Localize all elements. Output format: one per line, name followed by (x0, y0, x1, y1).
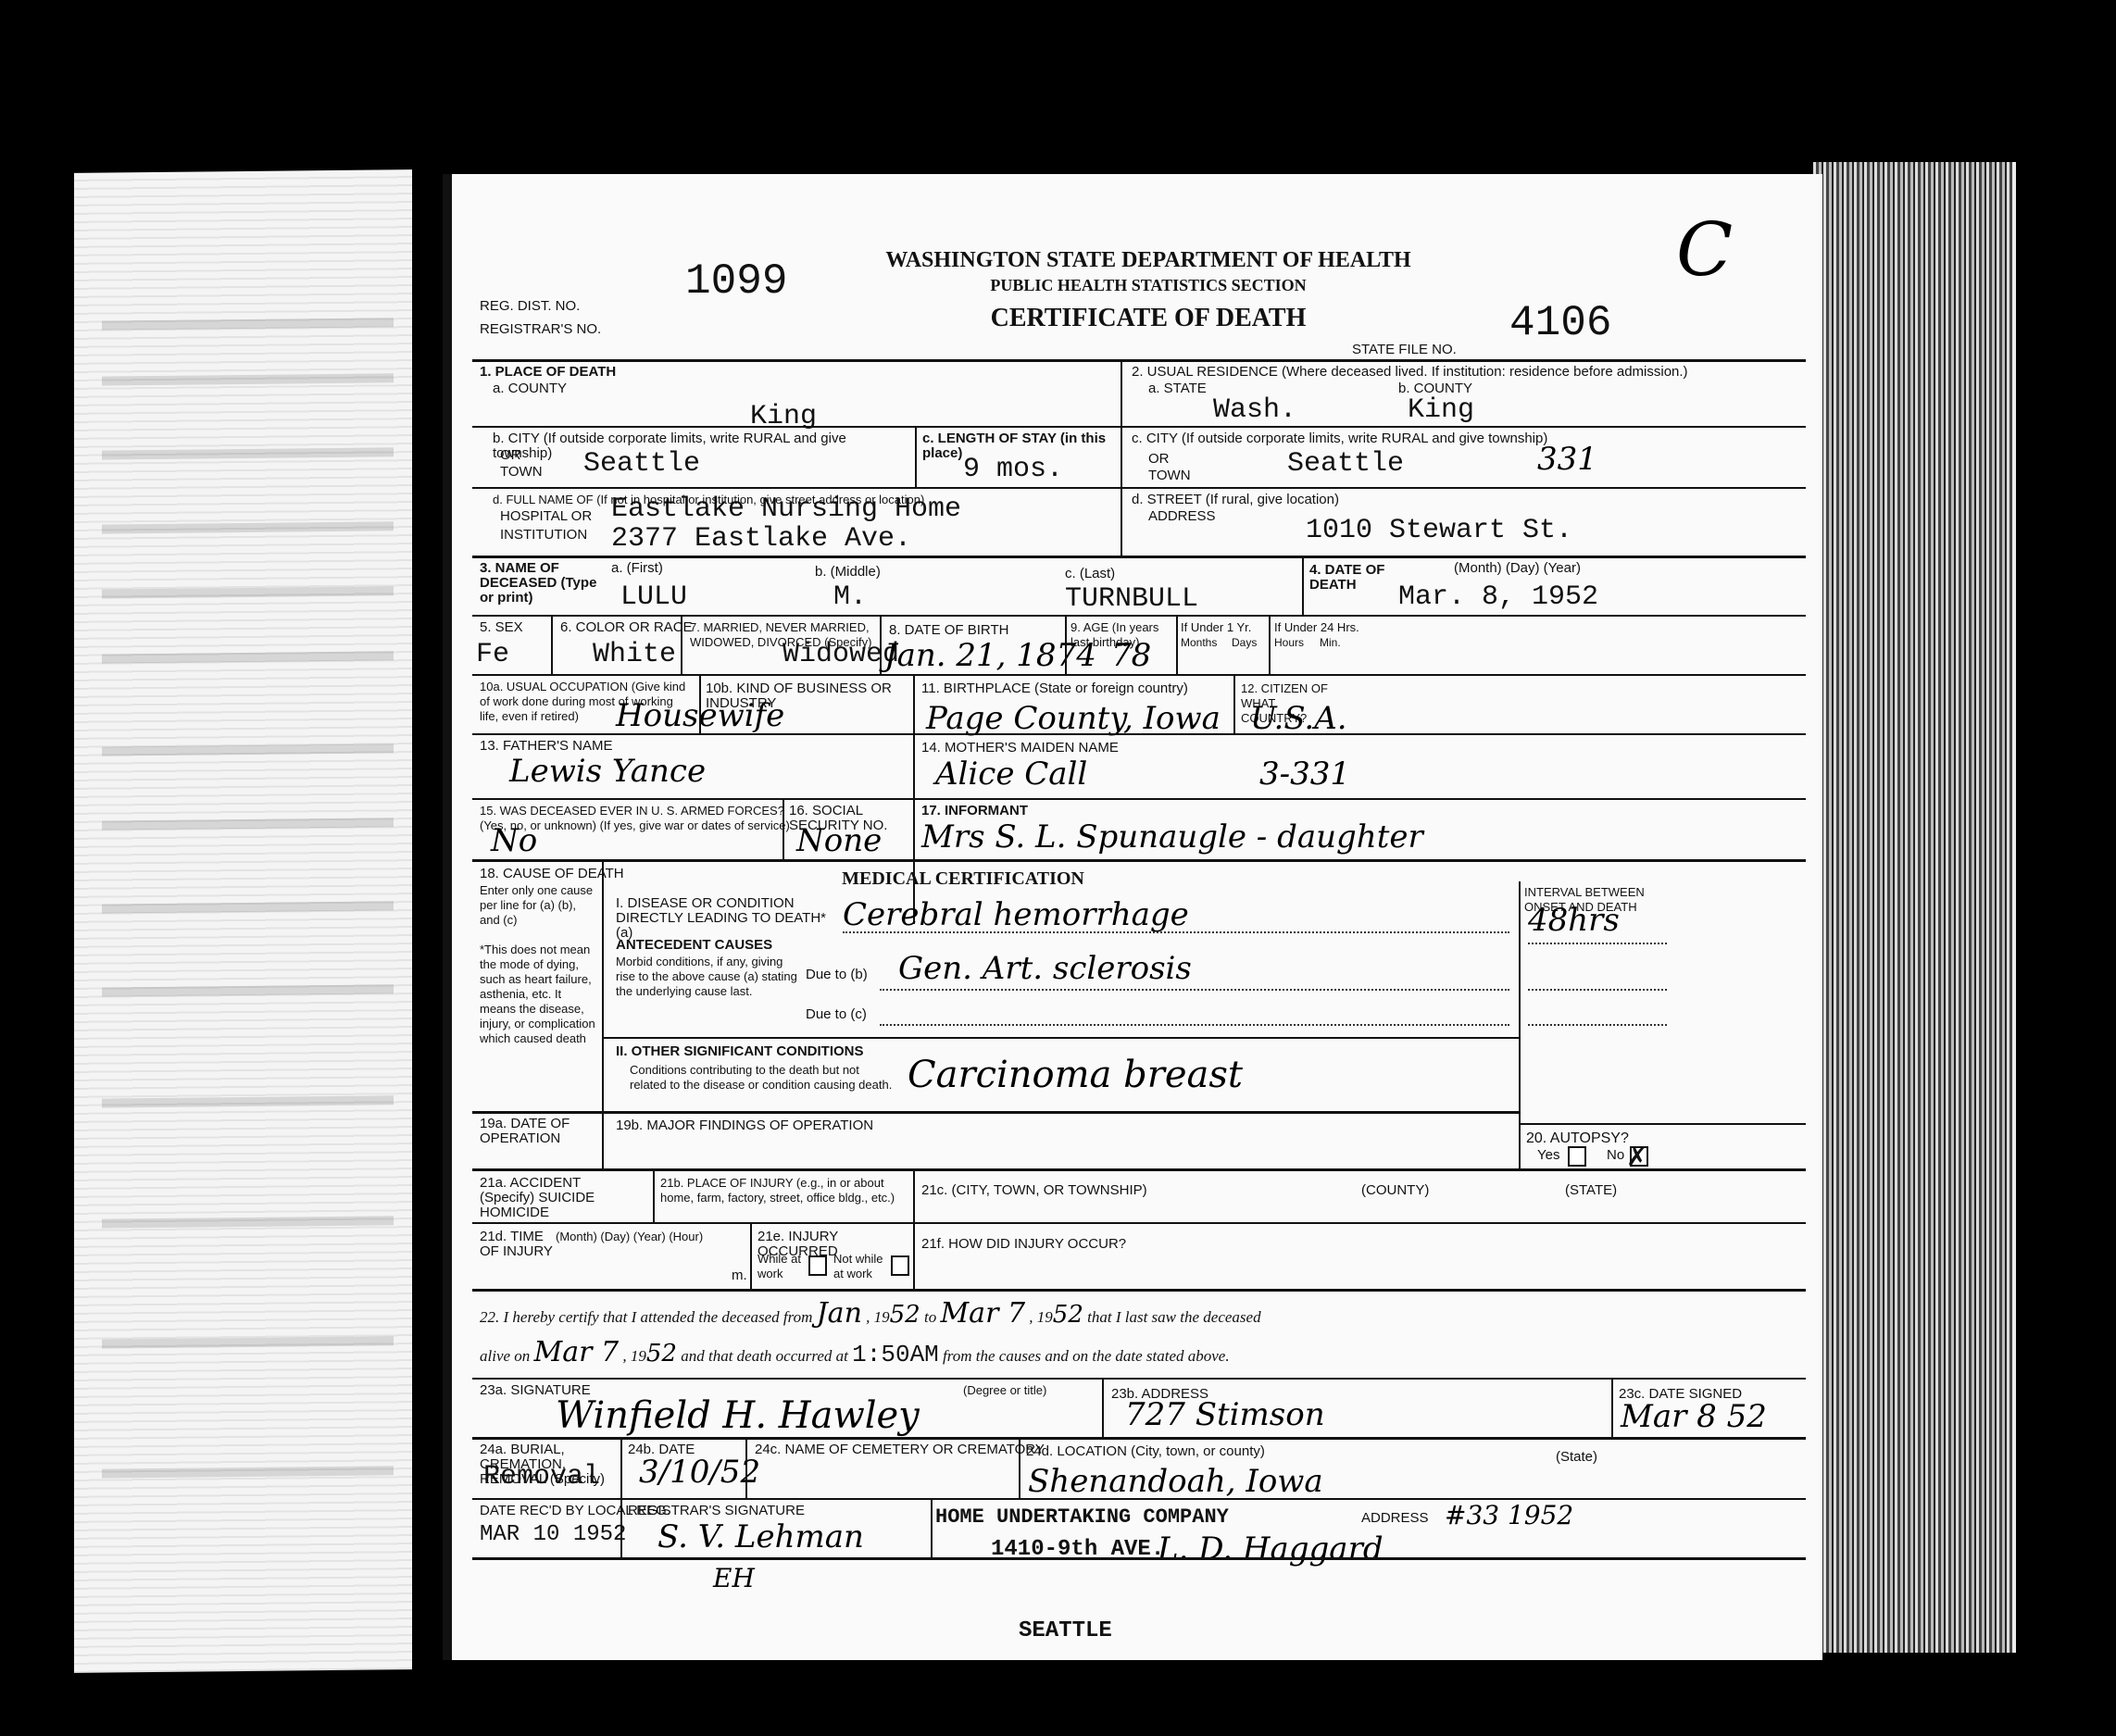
medical-certification-title: MEDICAL CERTIFICATION (769, 868, 1158, 890)
cert-to-label: to (924, 1308, 936, 1326)
funeral-director-signature: L. D. Haggard (1158, 1530, 1384, 1567)
due-to-c-label: Due to (c) (806, 1007, 867, 1022)
cert-to-date: Mar 7 (940, 1297, 1025, 1330)
res-or-label: OR (1148, 452, 1170, 467)
injury-city-label: 21c. (CITY, TOWN, OR TOWNSHIP) (921, 1183, 1147, 1198)
registrar-signature: S. V. Lehman (657, 1518, 864, 1555)
sex-label: 5. SEX (480, 620, 523, 635)
race-label: 6. COLOR OR RACE (560, 620, 693, 635)
burial-location-label: 24d. LOCATION (City, town, or county) (1026, 1444, 1265, 1459)
cert-alive-label: alive on (480, 1347, 530, 1365)
res-city: Seattle (1287, 448, 1404, 480)
facing-page (74, 169, 412, 1673)
town-label: TOWN (500, 465, 543, 480)
burial-date: 3/10/52 (639, 1454, 760, 1491)
middle-name: M. (833, 581, 867, 613)
county-label: a. COUNTY (493, 381, 567, 396)
operation-date-label: 19a. DATE OF OPERATION (480, 1117, 595, 1146)
not-at-work-label: Not while at work (833, 1252, 889, 1281)
injury-time-cols: (Month) (Day) (Year) (Hour) (556, 1230, 703, 1244)
cause-of-death-label: 18. CAUSE OF DEATH (480, 867, 624, 881)
burial-state-label: (State) (1556, 1450, 1597, 1465)
cert-line1-pre: 22. I hereby certify that I attended the… (480, 1308, 812, 1326)
autopsy-yes-label: Yes (1537, 1148, 1559, 1163)
cert-line2-post: from the causes and on the date stated a… (943, 1347, 1230, 1365)
hospital-or-label: HOSPITAL OR (500, 509, 592, 524)
cause-instructions: Enter only one cause per line for (a) (b… (480, 883, 598, 928)
res-street: 1010 Stewart St. (1306, 515, 1572, 546)
name-label: 3. NAME OF DECEASED (Type or print) (480, 561, 600, 606)
other-conditions-text: Conditions contributing to the death but… (630, 1063, 898, 1093)
state-file-label: STATE FILE NO. (1352, 343, 1457, 357)
place-of-death-label: 1. PLACE OF DEATH (480, 365, 616, 380)
race: White (593, 639, 676, 670)
cert-alive-year: 52 (646, 1340, 677, 1368)
disease-label: I. DISEASE OR CONDITION DIRECTLY LEADING… (616, 896, 829, 941)
antecedent-label: ANTECEDENT CAUSES (616, 938, 772, 953)
res-town-label: TOWN (1148, 468, 1191, 483)
cert-line1-post: that I last saw the deceased (1087, 1308, 1260, 1326)
funeral-city: SEATTLE (1019, 1618, 1112, 1643)
death-certificate: C WASHINGTON STATE DEPARTMENT OF HEALTH … (443, 174, 1822, 1660)
physician-signature: Winfield H. Hawley (556, 1394, 920, 1437)
place-of-injury-label: 21b. PLACE OF INJURY (e.g., in or about … (660, 1176, 901, 1205)
days-label: Days (1232, 635, 1257, 650)
dob-label: 8. DATE OF BIRTH (889, 623, 1008, 638)
accident-label: 21a. ACCIDENT (Specify) SUICIDE HOMICIDE (480, 1176, 609, 1220)
date-of-death-label: 4. DATE OF DEATH (1309, 563, 1393, 593)
antecedent-text: Morbid conditions, if any, giving rise t… (616, 955, 801, 999)
father-name: Lewis Yance (509, 753, 706, 790)
injury-time-m: m. (732, 1268, 747, 1283)
cause-note: *This does not mean the mode of dying, s… (480, 943, 598, 1046)
funeral-note: #33 1952 (1445, 1500, 1573, 1530)
due-to-b-label: Due to (b) (806, 968, 868, 982)
under-24hrs-label: If Under 24 Hrs. (1274, 620, 1359, 635)
res-street-label: d. STREET (If rural, give location) (1132, 493, 1339, 507)
registrar-no-label: REGISTRAR'S NO. (480, 322, 601, 337)
first-name-label: a. (First) (611, 561, 663, 576)
interval-a: 48hrs (1528, 902, 1620, 939)
date-received: MAR 10 1952 (480, 1522, 626, 1547)
cause-b: Gen. Art. sclerosis (898, 950, 1192, 987)
institution-label: INSTITUTION (500, 528, 587, 543)
citizenship: U.S.A. (1250, 700, 1347, 737)
cert-time: 1:50AM (852, 1341, 939, 1368)
res-city-note: 331 (1537, 441, 1597, 478)
autopsy-yes-checkbox[interactable] (1568, 1146, 1586, 1167)
date-cols-label: (Month) (Day) (Year) (1454, 561, 1581, 576)
last-name: TURNBULL (1065, 583, 1198, 615)
other-conditions-label: II. OTHER SIGNIFICANT CONDITIONS (616, 1044, 864, 1059)
marital-status: Widowed (783, 639, 899, 670)
min-label: Min. (1320, 635, 1341, 650)
hospital-name: Eastlake Nursing Home (611, 493, 961, 525)
section-title: PUBLIC HEALTH STATISTICS SECTION (824, 276, 1472, 295)
ssn: None (796, 822, 882, 859)
cause-a: Cerebral hemorrhage (843, 896, 1189, 933)
or-label: OR (500, 448, 521, 463)
not-at-work-checkbox[interactable] (891, 1255, 909, 1276)
res-state: Wash. (1213, 394, 1296, 426)
funeral-company: HOME UNDERTAKING COMPANY (935, 1505, 1229, 1529)
cemetery-label: 24c. NAME OF CEMETERY OR CREMATORY (755, 1443, 1045, 1457)
date-of-death: Mar. 8, 1952 (1398, 581, 1598, 613)
under-1yr-label: If Under 1 Yr. (1181, 620, 1251, 635)
res-address-label: ADDRESS (1148, 509, 1216, 524)
injury-time-label: 21d. TIME OF INJURY (480, 1230, 554, 1259)
cert-occurred-label: and that death occurred at (681, 1347, 848, 1365)
other-conditions: Carcinoma breast (908, 1054, 1243, 1096)
autopsy-no-checked-icon: ✗ (1626, 1144, 1647, 1170)
operation-findings-label: 19b. MAJOR FINDINGS OF OPERATION (616, 1118, 873, 1133)
cert-from-year: 52 (890, 1301, 920, 1329)
res-state-label: a. STATE (1148, 381, 1207, 396)
last-name-label: c. (Last) (1065, 567, 1115, 581)
certificate-form: C WASHINGTON STATE DEPARTMENT OF HEALTH … (472, 174, 1806, 1660)
mother-maiden-name: Alice Call (935, 756, 1087, 793)
age: 78 (1111, 637, 1151, 674)
length-of-stay: 9 mos. (963, 454, 1063, 485)
how-injury-label: 21f. HOW DID INJURY OCCUR? (921, 1237, 1126, 1252)
page-stack-edge (1813, 162, 2016, 1653)
injury-county-label: (COUNTY) (1361, 1183, 1429, 1198)
informant: Mrs S. L. Spunaugle - daughter (921, 818, 1423, 856)
hours-label: Hours (1274, 635, 1304, 650)
cert-from-year-pre: 19 (874, 1308, 890, 1326)
date-signed: Mar 8 52 (1621, 1398, 1767, 1435)
res-county: King (1408, 394, 1474, 426)
page-title: CERTIFICATE OF DEATH (824, 304, 1472, 333)
burial-location: Shenandoah, Iowa (1028, 1463, 1323, 1500)
department-title: WASHINGTON STATE DEPARTMENT OF HEALTH (824, 248, 1472, 273)
at-work-label: While at work (758, 1252, 804, 1281)
injury-state-label: (STATE) (1565, 1183, 1617, 1198)
death-city: Seattle (583, 448, 700, 480)
at-work-checkbox[interactable] (808, 1255, 827, 1276)
reg-dist-label: REG. DIST. NO. (480, 299, 580, 314)
middle-name-label: b. (Middle) (815, 565, 881, 580)
usual-residence-label: 2. USUAL RESIDENCE (Where deceased lived… (1132, 365, 1803, 380)
cert-alive-date: Mar 7 (534, 1336, 620, 1368)
cert-to-year: 52 (1053, 1301, 1083, 1329)
funeral-address-label: ADDRESS (1361, 1511, 1429, 1526)
birthplace-label: 11. BIRTHPLACE (State or foreign country… (921, 681, 1188, 696)
cert-from-month: Jan (817, 1297, 862, 1330)
autopsy-label: 20. AUTOPSY? (1526, 1131, 1629, 1146)
informant-label: 17. INFORMANT (921, 804, 1028, 818)
mother-label: 14. MOTHER'S MAIDEN NAME (921, 741, 1119, 756)
first-name: LULU (620, 581, 687, 613)
father-label: 13. FATHER'S NAME (480, 739, 612, 754)
burial-type: Removal (483, 1461, 600, 1492)
autopsy-no-label: No (1607, 1148, 1624, 1163)
hospital-address: 2377 Eastlake Ave. (611, 523, 911, 555)
certification-statement: 22. I hereby certify that I attended the… (480, 1296, 1804, 1374)
months-label: Months (1181, 635, 1217, 650)
reg-dist-value: 1099 (685, 257, 787, 306)
mother-note: 3-331 (1259, 756, 1350, 793)
birthplace: Page County, Iowa (926, 700, 1221, 737)
physician-address: 727 Stimson (1125, 1396, 1325, 1433)
corner-mark: C (1676, 206, 1733, 293)
state-file-value: 4106 (1509, 299, 1611, 347)
degree-label: (Degree or title) (963, 1383, 1046, 1398)
sex: Fe (476, 639, 509, 670)
business-label: 10b. KIND OF BUSINESS OR INDUSTRY (706, 681, 909, 711)
res-city-label: c. CITY (If outside corporate limits, wr… (1132, 431, 1547, 446)
registrar-initials: EH (713, 1563, 755, 1593)
armed-forces: No (491, 822, 537, 859)
registrar-signature-label: REGISTRAR'S SIGNATURE (628, 1504, 805, 1518)
